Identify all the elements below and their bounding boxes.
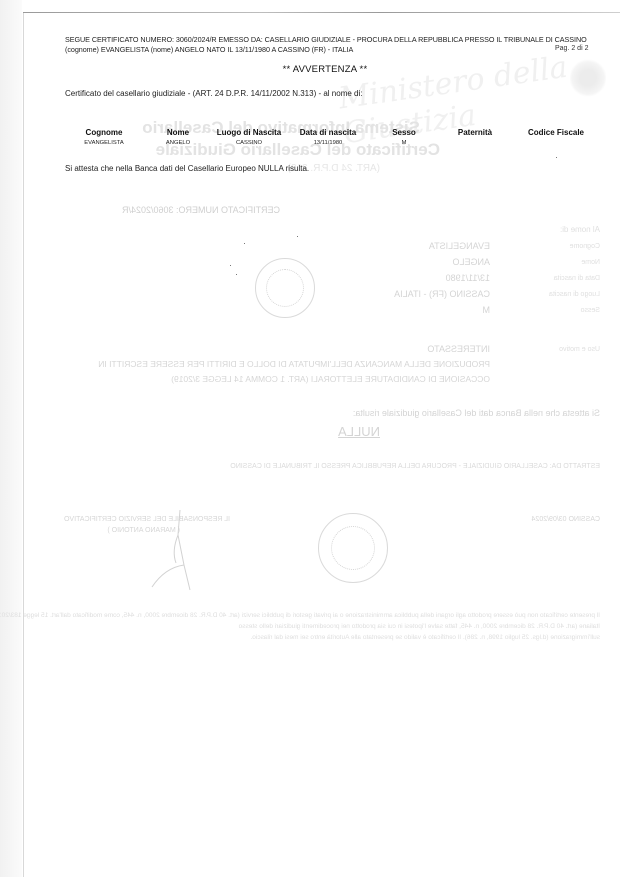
column-header-sesso: Sesso	[392, 128, 416, 137]
cell-data-nascita: 13/11/1980	[314, 140, 343, 146]
cell-luogo-nascita: CASSINO	[236, 140, 262, 146]
column-header-nome: Nome	[167, 128, 189, 137]
column-header-paternita: Paternità	[458, 128, 492, 137]
attestation-text: Si attesta che nella Banca dati del Case…	[65, 164, 309, 173]
column-header-data-nascita: Data di nascita	[300, 128, 356, 137]
certificate-header-line-2: (cognome) EVANGELISTA (nome) ANGELO NATO…	[65, 45, 353, 54]
column-header-cognome: Cognome	[86, 128, 123, 137]
certificate-intro: Certificato del casellario giudiziale - …	[65, 89, 362, 98]
column-header-codice-fiscale: Codice Fiscale	[528, 128, 584, 137]
page-indicator: Pag. 2 di 2	[555, 45, 588, 52]
cell-cognome: EVANGELISTA	[84, 140, 123, 146]
cell-nome: ANGELO	[166, 140, 190, 146]
certificate-page: SEGUE CERTIFICATO NUMERO: 3060/2024/R EM…	[0, 0, 620, 877]
certificate-header-line-1: SEGUE CERTIFICATO NUMERO: 3060/2024/R EM…	[65, 35, 587, 44]
column-header-luogo-nascita: Luogo di Nascita	[217, 128, 281, 137]
cell-sesso: M	[402, 140, 407, 146]
warning-title: ** AVVERTENZA **	[0, 64, 620, 75]
